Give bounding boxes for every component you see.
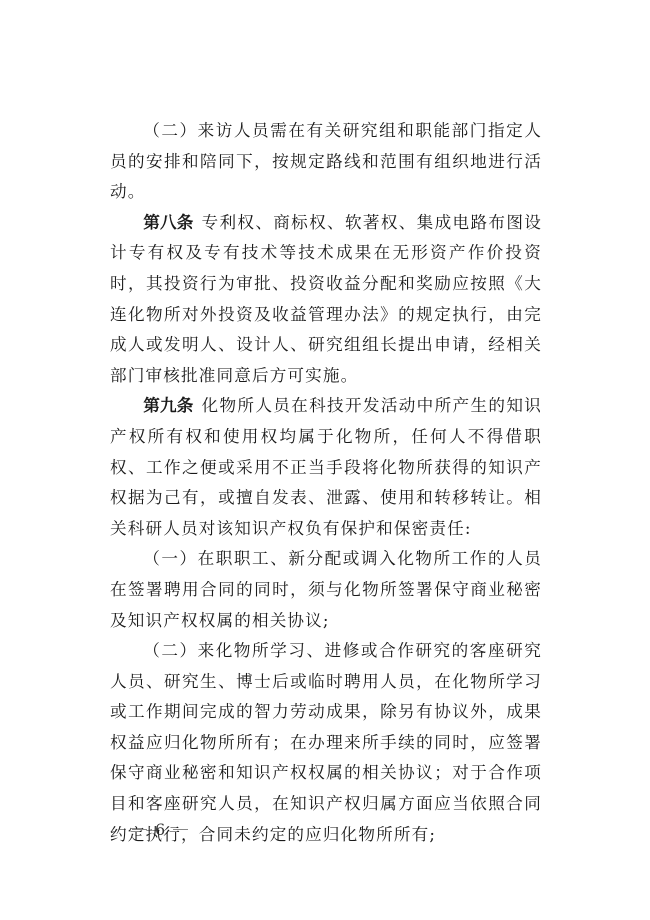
document-body: （二）来访人员需在有关研究组和职能部门指定人员的安排和陪同下，按规定路线和范围有… bbox=[110, 116, 542, 850]
paragraph-text: 专利权、商标权、软著权、集成电路布图设计专有权及专有技术等技术成果在无形资产作价… bbox=[110, 213, 542, 385]
page-number-value: 6 bbox=[155, 820, 165, 839]
article-title: 第九条 bbox=[143, 396, 193, 415]
article-8: 第八条专利权、商标权、软著权、集成电路布图设计专有权及专有技术等技术成果在无形资… bbox=[110, 208, 542, 392]
clause-2-guest-researchers: （二）来化物所学习、进修或合作研究的客座研究人员、研究生、博士后或临时聘用人员，… bbox=[110, 636, 542, 850]
paragraph-text: （二）来访人员需在有关研究组和职能部门指定人员的安排和陪同下，按规定路线和范围有… bbox=[110, 121, 542, 201]
clause-2-visitors: （二）来访人员需在有关研究组和职能部门指定人员的安排和陪同下，按规定路线和范围有… bbox=[110, 116, 542, 208]
paragraph-text: 化物所人员在科技开发活动中所产生的知识产权所有权和使用权均属于化物所，任何人不得… bbox=[110, 396, 542, 537]
clause-1-employees: （一）在职职工、新分配或调入化物所工作的人员在签署聘用合同的同时，须与化物所签署… bbox=[110, 544, 542, 636]
dash-left bbox=[132, 829, 147, 830]
page-number: 6 bbox=[132, 820, 188, 839]
article-9: 第九条化物所人员在科技开发活动中所产生的知识产权所有权和使用权均属于化物所，任何… bbox=[110, 391, 542, 544]
paragraph-text: （二）来化物所学习、进修或合作研究的客座研究人员、研究生、博士后或临时聘用人员，… bbox=[110, 641, 542, 844]
paragraph-text: （一）在职职工、新分配或调入化物所工作的人员在签署聘用合同的同时，须与化物所签署… bbox=[110, 549, 542, 629]
dash-right bbox=[173, 829, 188, 830]
article-title: 第八条 bbox=[143, 213, 193, 232]
